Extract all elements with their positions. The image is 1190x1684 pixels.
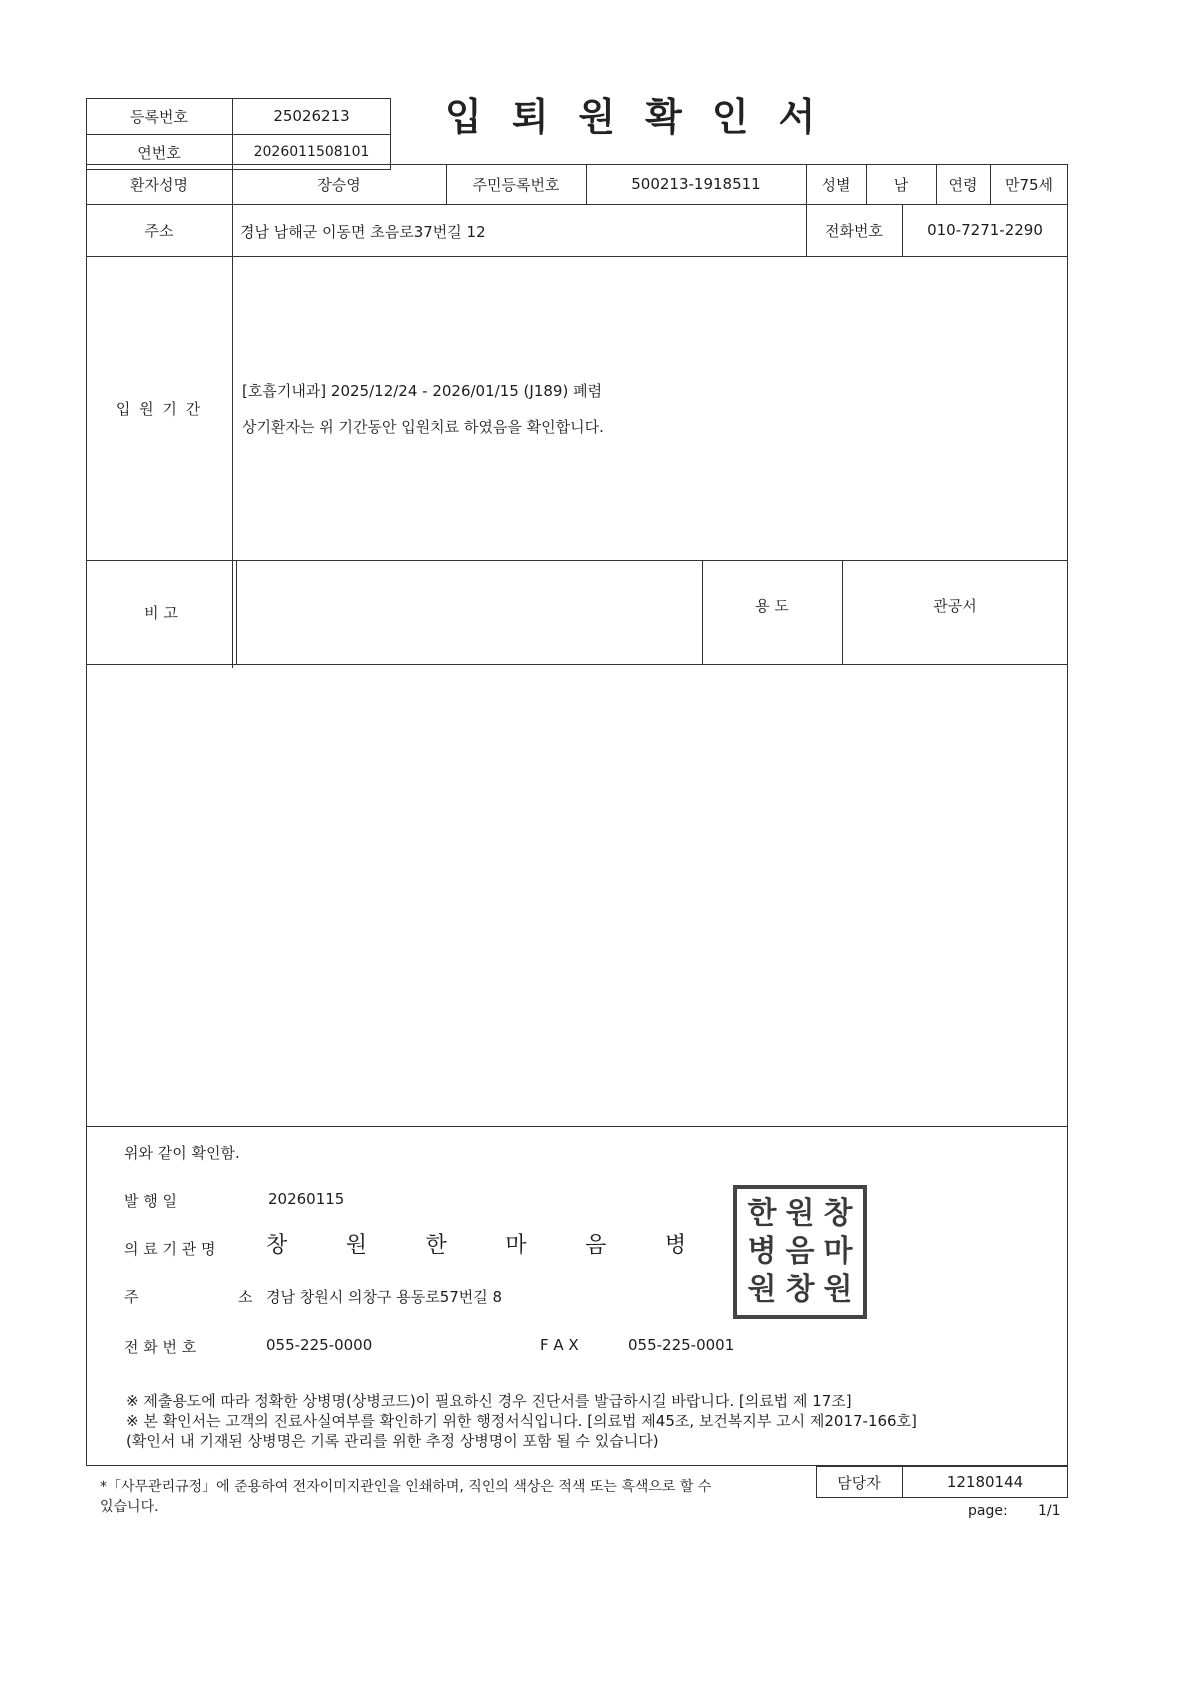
confirmation-statement: 위와 같이 확인함. — [124, 1142, 240, 1163]
institution-phone-label: 전 화 번 호 — [124, 1336, 196, 1357]
registration-no-value: 25026213 — [232, 98, 391, 134]
address-value: 경남 남해군 이동면 초음로37번길 12 — [240, 221, 486, 242]
issue-date-label: 발 행 일 — [124, 1190, 177, 1211]
patient-name-value: 장승영 — [232, 164, 446, 204]
address-label: 주소 — [86, 204, 232, 256]
seal-char: 창 — [819, 1195, 857, 1233]
main-form-frame — [86, 164, 1068, 1466]
divider — [86, 256, 1068, 257]
seal-char: 음 — [781, 1233, 819, 1271]
phone-label: 전화번호 — [806, 204, 902, 256]
rrn-label: 주민등록번호 — [446, 164, 586, 204]
remarks-value — [236, 560, 702, 664]
institution-label: 의 료 기 관 명 — [124, 1238, 216, 1259]
admission-period-label: 입 원 기 간 — [86, 256, 232, 560]
admission-confirmation-text: 상기환자는 위 기간동안 입원치료 하였음을 확인합니다. — [242, 416, 604, 437]
staff-id: 12180144 — [902, 1466, 1068, 1498]
institution-phone-value: 055-225-0000 — [266, 1336, 372, 1354]
page-number: 1/1 — [1038, 1503, 1061, 1519]
document-title: 입퇴원확인서 — [445, 86, 845, 141]
seal-notice-line-1: *「사무관리규정」에 준용하여 전자이미지관인을 인쇄하며, 직인의 색상은 적… — [100, 1476, 711, 1496]
institution-address-label-1: 주 — [124, 1286, 139, 1307]
institution-char: 병 — [665, 1228, 686, 1259]
registration-no-label: 등록번호 — [86, 98, 232, 134]
institution-char: 한 — [426, 1228, 447, 1259]
institution-char: 음 — [585, 1228, 606, 1259]
institution-address-label-2: 소 — [238, 1286, 253, 1307]
patient-name-label: 환자성명 — [86, 164, 232, 204]
phone-value: 010-7271-2290 — [902, 204, 1068, 256]
seal-char: 원 — [819, 1271, 857, 1309]
seal-notice-line-2: 있습니다. — [100, 1496, 159, 1516]
admission-period-line: [호흡기내과] 2025/12/24 - 2026/01/15 (J189) 폐… — [242, 380, 602, 401]
note-line: ※ 제출용도에 따라 정확한 상병명(상병코드)이 필요하신 경우 진단서를 발… — [126, 1390, 852, 1411]
remarks-label: 비 고 — [86, 560, 236, 664]
note-line: (확인서 내 기재된 상병명은 기록 관리를 위한 추정 상병명이 포함 될 수… — [126, 1430, 659, 1451]
seal-char: 창 — [781, 1271, 819, 1309]
seal-char: 병 — [743, 1233, 781, 1271]
institution-address-value: 경남 창원시 의창구 용동로57번길 8 — [266, 1286, 502, 1307]
page-label: page: — [968, 1503, 1008, 1519]
institution-fax-value: 055-225-0001 — [628, 1336, 734, 1354]
divider — [86, 664, 1068, 665]
institution-char: 원 — [346, 1228, 367, 1259]
seal-char: 한 — [743, 1195, 781, 1233]
institution-fax-label: F A X — [540, 1336, 579, 1354]
institution-char: 마 — [505, 1228, 526, 1259]
seal-char: 원 — [781, 1195, 819, 1233]
sex-label: 성별 — [806, 164, 866, 204]
purpose-label: 용 도 — [702, 560, 842, 650]
institution-char: 창 — [266, 1228, 287, 1259]
purpose-value: 관공서 — [842, 560, 1068, 650]
age-label: 연령 — [936, 164, 990, 204]
staff-label: 담당자 — [816, 1466, 902, 1498]
institution-name: 창 원 한 마 음 병 원 — [266, 1228, 766, 1259]
issue-date-value: 20260115 — [268, 1190, 344, 1208]
official-seal-stamp: 한 원 창 병 음 마 원 창 원 — [733, 1185, 867, 1319]
seal-char: 원 — [743, 1271, 781, 1309]
divider — [86, 1126, 1068, 1127]
note-line: ※ 본 확인서는 고객의 진료사실여부를 확인하기 위한 행정서식입니다. [의… — [126, 1410, 917, 1431]
sex-value: 남 — [866, 164, 936, 204]
age-value: 만75세 — [990, 164, 1068, 204]
seal-char: 마 — [819, 1233, 857, 1271]
rrn-value: 500213-1918511 — [586, 164, 806, 204]
